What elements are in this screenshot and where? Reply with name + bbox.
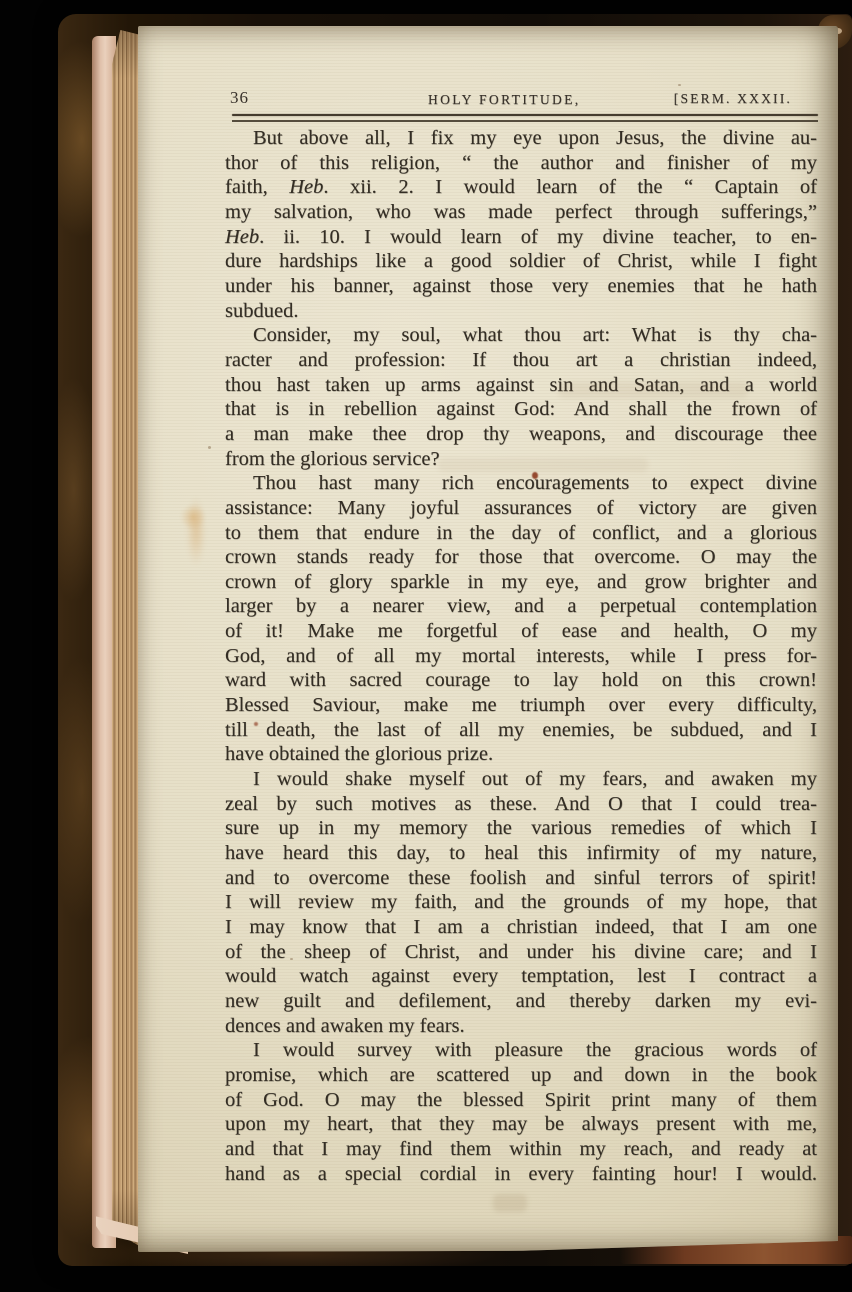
show-through-smudge (558, 382, 748, 398)
text-line: dences and awaken my fears. (225, 1014, 817, 1039)
foxing-spot (254, 722, 258, 726)
text-line: crown stands ready for those that overco… (225, 545, 817, 570)
text-line: God, and of all my mortal interests, whi… (225, 644, 817, 669)
text-line: Heb. ii. 10. I would learn of my divine … (225, 225, 817, 250)
header-rule-bottom (232, 120, 818, 122)
show-through-smudge (438, 458, 648, 472)
text-line: new guilt and defilement, and thereby da… (225, 989, 817, 1014)
paper-fleck (780, 728, 782, 731)
text-line: faith, Heb. xii. 2. I would learn of the… (225, 175, 817, 200)
text-line: till death, the last of all my enemies, … (225, 718, 817, 743)
text-line: Thou hast many rich encouragements to ex… (225, 471, 817, 496)
text-line: Consider, my soul, what thou art: What i… (225, 323, 817, 348)
paper-fleck (678, 84, 681, 86)
running-title: HOLY FORTITUDE, (428, 92, 581, 108)
text-line: But above all, I fix my eye upon Jesus, … (225, 126, 817, 151)
text-line: ward with sacred courage to lay hold on … (225, 668, 817, 693)
header-rule-top (232, 114, 818, 116)
text-line: crown of glory sparkle in my eye, and gr… (225, 570, 817, 595)
margin-stain (180, 504, 206, 530)
text-line: I would shake myself out of my fears, an… (225, 767, 817, 792)
paper-fleck (290, 958, 293, 960)
text-line: larger by a nearer view, and a perpetual… (225, 594, 817, 619)
text-line: hand as a special cordial in every faint… (225, 1162, 817, 1187)
page-edge-stack (112, 30, 140, 1250)
text-line: and to overcome these foolish and sinful… (225, 866, 817, 891)
paper-fleck (208, 446, 211, 449)
text-line: zeal by such motives as these. And O tha… (225, 792, 817, 817)
text-line: a man make thee drop thy weapons, and di… (225, 422, 817, 447)
paragraph: Thou hast many rich encouragements to ex… (225, 471, 817, 767)
paragraph: But above all, I fix my eye upon Jesus, … (225, 126, 817, 323)
text-line: under his banner, against those very ene… (225, 274, 817, 299)
text-line: that is in rebellion against God: And sh… (225, 397, 817, 422)
text-line: of God. O may the blessed Spirit print m… (225, 1088, 817, 1113)
text-line: sure up in my memory the various remedie… (225, 816, 817, 841)
book-page: 36 HOLY FORTITUDE, [SERM. XXXII. But abo… (138, 26, 838, 1252)
foxing-spot (532, 472, 538, 479)
text-line: I will review my faith, and the grounds … (225, 890, 817, 915)
text-line: assistance: Many joyful assurances of vi… (225, 496, 817, 521)
text-line: dure hardships like a good soldier of Ch… (225, 249, 817, 274)
text-line: Blessed Saviour, make me triumph over ev… (225, 693, 817, 718)
text-line: would watch against every temptation, le… (225, 964, 817, 989)
text-line: have heard this day, to heal this infirm… (225, 841, 817, 866)
text-line: I would survey with pleasure the graciou… (225, 1038, 817, 1063)
page-number: 36 (230, 88, 249, 108)
text-line: and that I may find them within my reach… (225, 1137, 817, 1162)
text-line: my salvation, who was made perfect throu… (225, 200, 817, 225)
text-line: racter and profession: If thou art a chr… (225, 348, 817, 373)
text-line: to them that endure in the day of confli… (225, 521, 817, 546)
text-line: of the sheep of Christ, and under his di… (225, 940, 817, 965)
text-line: thor of this religion, “ the author and … (225, 151, 817, 176)
signature-show-through (493, 1194, 527, 1212)
text-line: of it! Make me forgetful of ease and hea… (225, 619, 817, 644)
paragraph: I would shake myself out of my fears, an… (225, 767, 817, 1038)
text-line: have obtained the glorious prize. (225, 742, 817, 767)
sermon-reference: [SERM. XXXII. (674, 91, 792, 107)
text-line: I may know that I am a christian indeed,… (225, 915, 817, 940)
paragraph: I would survey with pleasure the graciou… (225, 1038, 817, 1186)
page-text: But above all, I fix my eye upon Jesus, … (225, 126, 817, 1186)
text-line: upon my heart, that they may be always p… (225, 1112, 817, 1137)
book-photo: 36 HOLY FORTITUDE, [SERM. XXXII. But abo… (0, 0, 852, 1292)
text-line: promise, which are scattered up and down… (225, 1063, 817, 1088)
text-line: subdued. (225, 299, 817, 324)
